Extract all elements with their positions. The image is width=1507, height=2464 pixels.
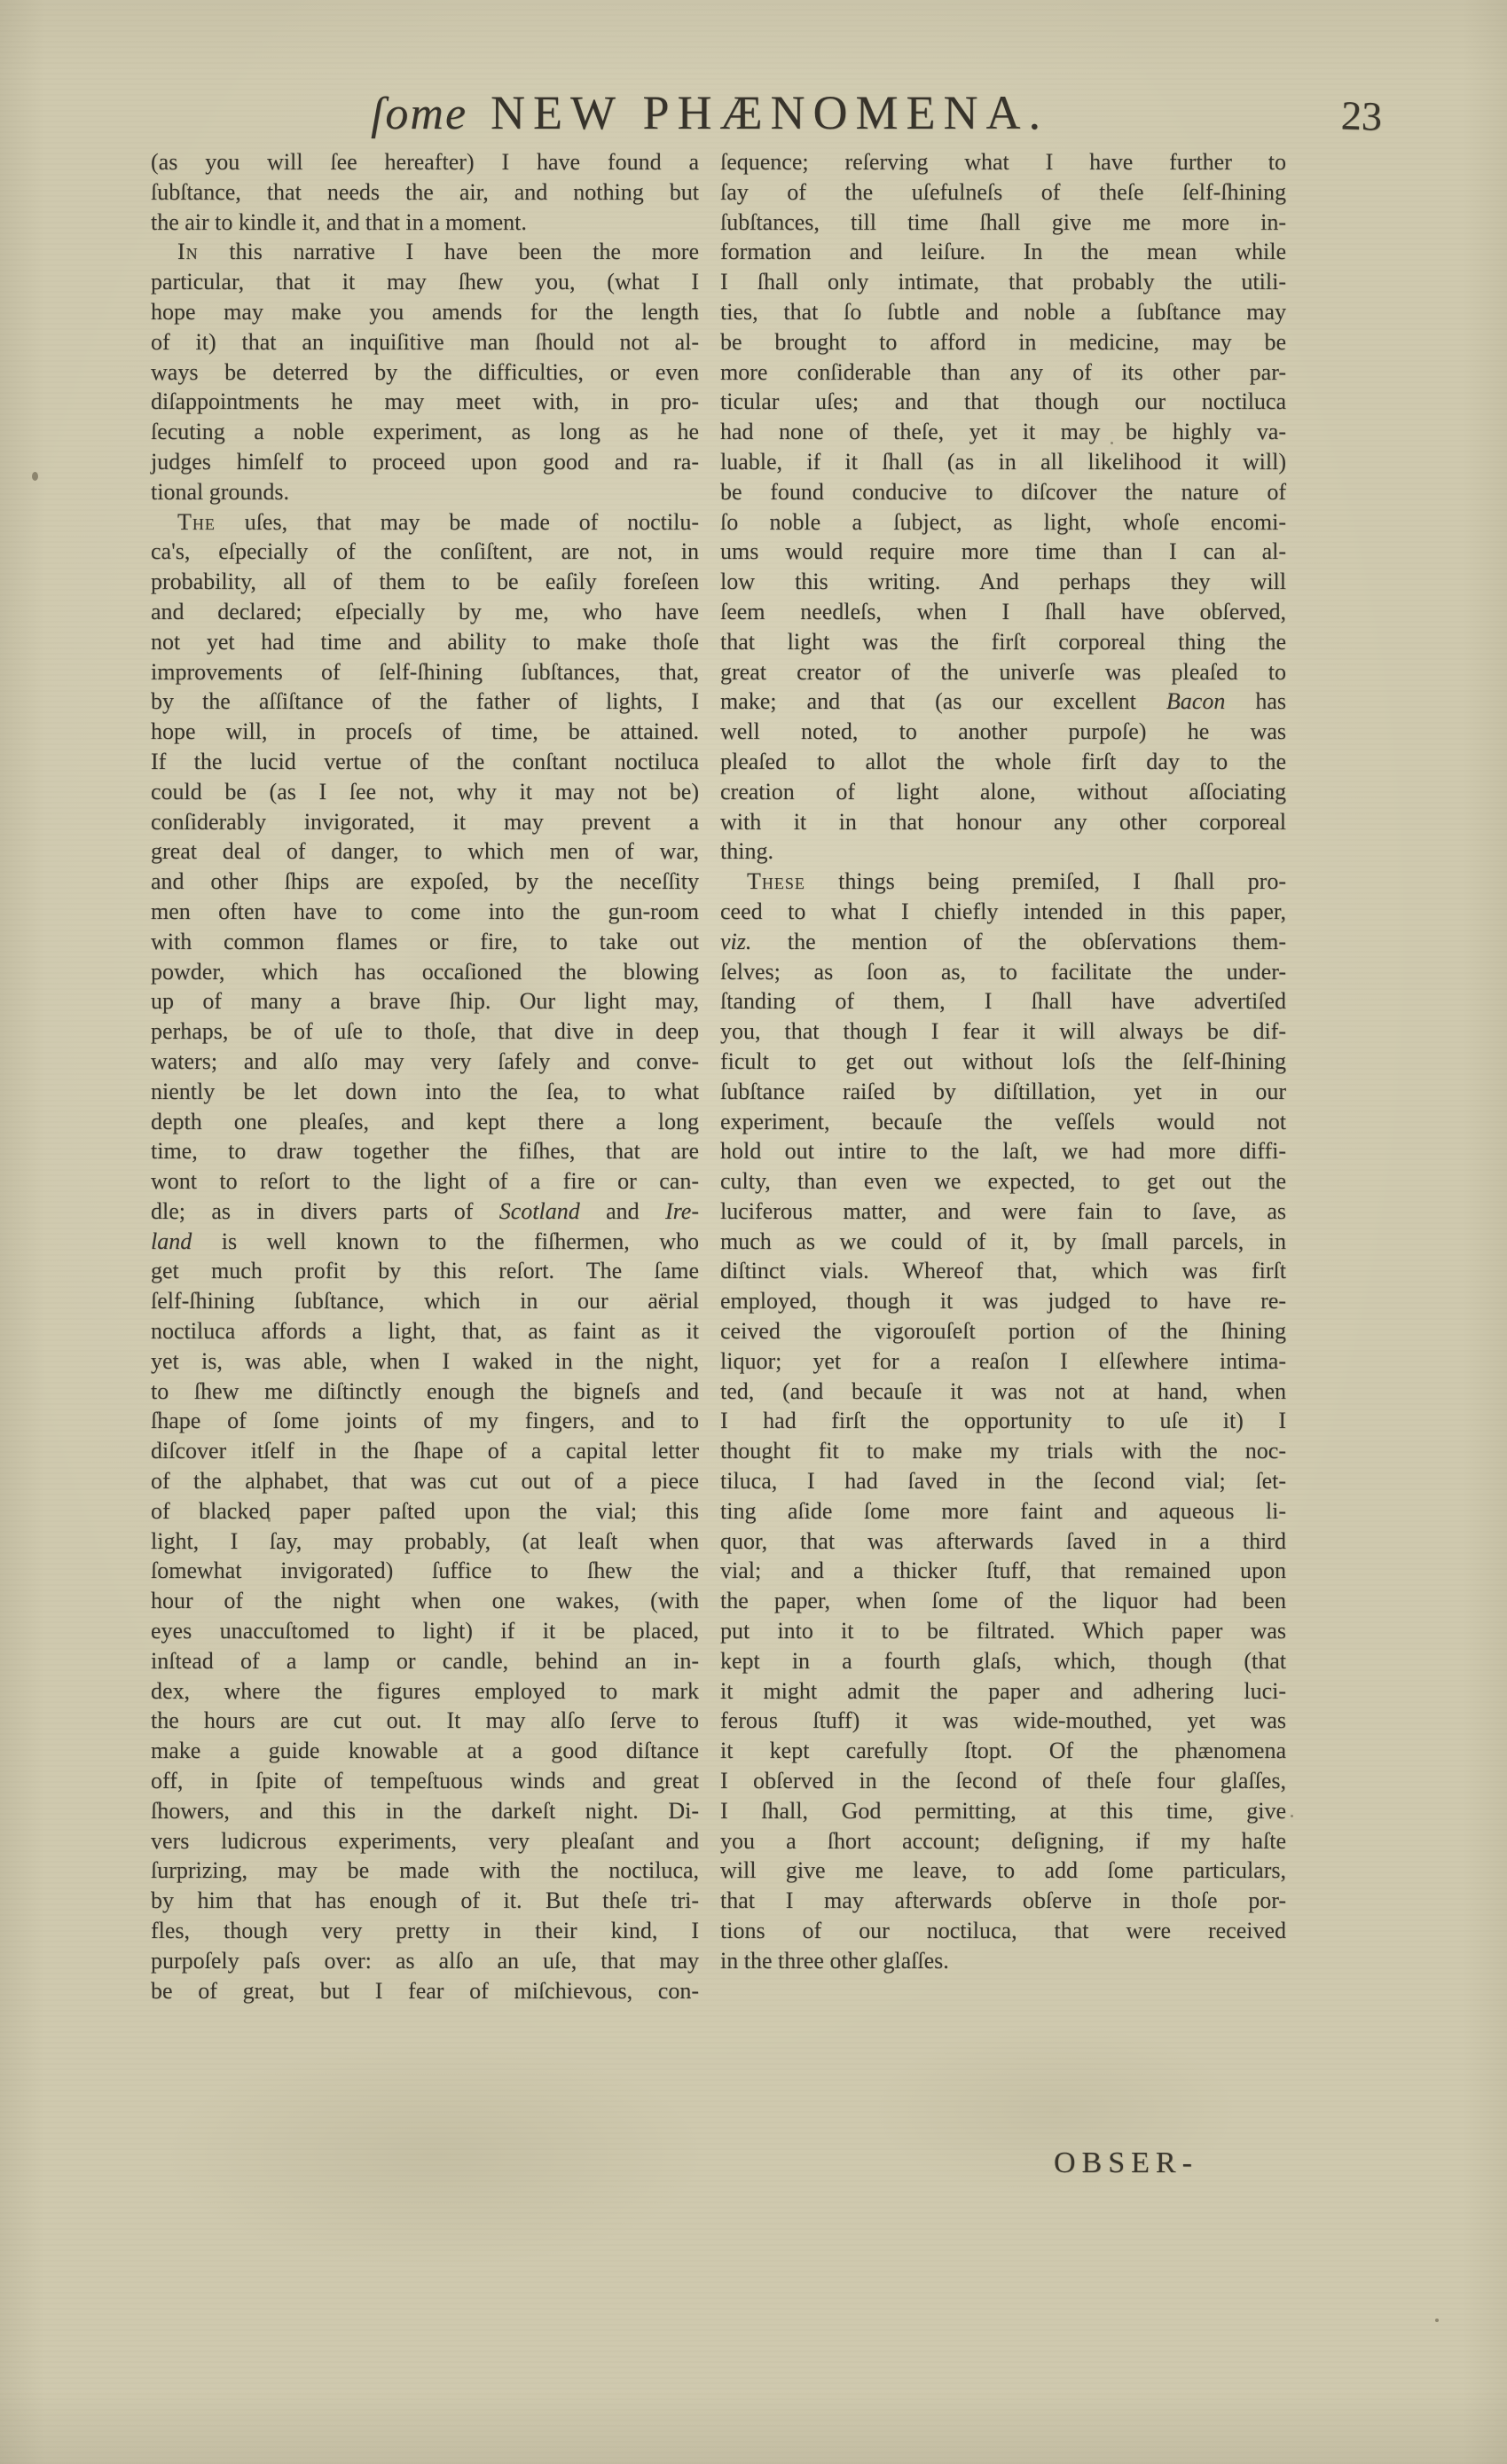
running-head-italic: ſome	[371, 89, 467, 139]
text-line: more conſiderable than any of its other …	[720, 357, 1286, 388]
text-line: and other ſhips are expoſed, by the nece…	[151, 867, 699, 897]
text-line: niently be let down into the ſea, to wha…	[151, 1077, 699, 1107]
text-line: diſtinct vials. Whereof that, which was …	[720, 1256, 1286, 1286]
text-line: ceed to what I chiefly intended in this …	[720, 897, 1286, 927]
text-line: ſhape of ſome joints of my fingers, and …	[151, 1406, 699, 1436]
text-line: be of great, but I fear of miſchievous, …	[151, 1976, 699, 2006]
text-line: ferous ſtuff) it was wide-mouthed, yet w…	[720, 1706, 1286, 1736]
text-line: ſeem needleſs, when I ſhall have obſerve…	[720, 597, 1286, 627]
text-line: viz. the mention of the obſervations the…	[720, 927, 1286, 957]
text-line: dex, where the figures employed to mark	[151, 1676, 699, 1707]
text-line: light, I ſay, may probably, (at leaſt wh…	[151, 1526, 699, 1557]
text-line: If the lucid vertue of the conſtant noct…	[151, 747, 699, 777]
text-line: ting aſide ſome more faint and aqueous l…	[720, 1496, 1286, 1526]
text-line: great deal of danger, to which men of wa…	[151, 836, 699, 867]
text-line: thing.	[720, 836, 1286, 867]
text-line: diſappointments he may meet with, in pro…	[151, 387, 699, 417]
text-line: (as you will ſee hereafter) I have found…	[151, 147, 699, 177]
text-line: These things being premiſed, I ſhall pro…	[720, 867, 1286, 897]
text-line: hour of the night when one wakes, (with	[151, 1586, 699, 1616]
text-line: had none of theſe, yet it may be highly …	[720, 417, 1286, 447]
text-line: ca's, eſpecially of the conſiſtent, are …	[151, 537, 699, 567]
text-line: yet is, was able, when I waked in the ni…	[151, 1346, 699, 1377]
text-line: great creator of the univerſe was pleaſe…	[720, 657, 1286, 687]
text-line: culty, than even we expected, to get out…	[720, 1166, 1286, 1197]
text-line: that light was the firſt corporeal thing…	[720, 627, 1286, 657]
text-line: up of many a brave ſhip. Our light may,	[151, 986, 699, 1016]
text-line: wont to reſort to the light of a fire or…	[151, 1166, 699, 1197]
text-line: ſo noble a ſubject, as light, whoſe enco…	[720, 507, 1286, 538]
text-line: it might admit the paper and adhering lu…	[720, 1676, 1286, 1707]
running-head: ſomeNEW PHÆNOMENA.	[151, 85, 1268, 140]
text-line: be found conducive to diſcover the natur…	[720, 477, 1286, 507]
text-line: employed, though it was judged to have r…	[720, 1286, 1286, 1316]
text-line: ways be deterred by the difficulties, or…	[151, 357, 699, 388]
text-line: and declared; eſpecially by me, who have	[151, 597, 699, 627]
text-line: much as we could of it, by ſmall parcels…	[720, 1227, 1286, 1257]
text-line: In this narrative I have been the more	[151, 237, 699, 267]
text-line: get much profit by this reſort. The ſame	[151, 1256, 699, 1286]
text-line: inſtead of a lamp or candle, behind an i…	[151, 1646, 699, 1676]
text-line: tiluca, I had ſaved in the ſecond vial; …	[720, 1466, 1286, 1496]
text-line: of blacked paper paſted upon the vial; t…	[151, 1496, 699, 1526]
text-line: kept in a fourth glaſs, which, though (t…	[720, 1646, 1286, 1676]
text-line: with common flames or fire, to take out	[151, 927, 699, 957]
text-line: ſay of the uſefulneſs of theſe ſelf-ſhin…	[720, 177, 1286, 208]
text-line: to ſhew me diſtinctly enough the bigneſs…	[151, 1377, 699, 1407]
show-through-smudge	[160, 2040, 710, 2271]
text-line: ticular uſes; and that though our noctil…	[720, 387, 1286, 417]
text-column-right: ſequence; reſerving what I have further …	[720, 147, 1286, 1976]
paper-speck	[1291, 1815, 1293, 1817]
text-line: ſurprizing, may be made with the noctilu…	[151, 1856, 699, 1886]
text-line: I ſhall only intimate, that probably the…	[720, 267, 1286, 297]
text-line: ſequence; reſerving what I have further …	[720, 147, 1286, 177]
text-line: pleaſed to allot the whole firſt day to …	[720, 747, 1286, 777]
text-line: conſiderably invigorated, it may prevent…	[151, 807, 699, 837]
text-line: probability, all of them to be eaſily fo…	[151, 567, 699, 597]
catchword: OBSER-	[1054, 2146, 1198, 2180]
text-line: hold out intire to the laſt, we had more…	[720, 1136, 1286, 1166]
text-line: diſcover itſelf in the ſhape of a capita…	[151, 1436, 699, 1466]
text-line: tions of our noctiluca, that were receiv…	[720, 1916, 1286, 1946]
text-line: it kept carefully ſtopt. Of the phænomen…	[720, 1736, 1286, 1766]
text-line: experiment, becauſe the veſſels would no…	[720, 1107, 1286, 1137]
text-line: liquor; yet for a reaſon I elſewhere int…	[720, 1346, 1286, 1377]
text-line: ſhowers, and this in the darkeſt night. …	[151, 1796, 699, 1826]
paper-speck	[1111, 442, 1113, 444]
text-line: tional grounds.	[151, 477, 699, 507]
text-line: creation of light alone, without aſſocia…	[720, 777, 1286, 807]
text-line: ſubſtances, till time ſhall give me more…	[720, 208, 1286, 238]
text-line: off, in ſpite of tempeſtuous winds and g…	[151, 1766, 699, 1796]
text-line: noctiluca affords a light, that, as fain…	[151, 1316, 699, 1346]
text-line: ſubſtance raiſed by diſtillation, yet in…	[720, 1077, 1286, 1107]
paper-speck	[32, 472, 38, 481]
text-line: ſomewhat invigorated) ſuffice to ſhew th…	[151, 1556, 699, 1586]
text-line: make; and that (as our excellent Bacon h…	[720, 687, 1286, 717]
text-line: with it in that honour any other corpore…	[720, 807, 1286, 837]
text-line: I ſhall, God permitting, at this time, g…	[720, 1796, 1286, 1826]
text-line: will give me leave, to add ſome particul…	[720, 1856, 1286, 1886]
text-line: by the aſſiſtance of the father of light…	[151, 687, 699, 717]
text-line: hope may make you amends for the length	[151, 297, 699, 327]
text-line: men often have to come into the gun-room	[151, 897, 699, 927]
text-line: well noted, to another purpoſe) he was	[720, 717, 1286, 747]
text-line: depth one pleaſes, and kept there a long	[151, 1107, 699, 1137]
text-line: purpoſely paſs over: as alſo an uſe, tha…	[151, 1946, 699, 1976]
text-line: the hours are cut out. It may alſo ſerve…	[151, 1706, 699, 1736]
text-line: of the alphabet, that was cut out of a p…	[151, 1466, 699, 1496]
text-line: the paper, when ſome of the liquor had b…	[720, 1586, 1286, 1616]
text-line: ted, (and becauſe it was not at hand, wh…	[720, 1377, 1286, 1407]
text-line: ſtanding of them, I ſhall have advertiſe…	[720, 986, 1286, 1016]
text-line: judges himſelf to proceed upon good and …	[151, 447, 699, 477]
text-line: vers ludicrous experiments, very pleaſan…	[151, 1826, 699, 1856]
text-line: ceived the vigorouſeſt portion of the ſh…	[720, 1316, 1286, 1346]
text-line: The uſes, that may be made of noctilu-	[151, 507, 699, 538]
text-line: low this writing. And perhaps they will	[720, 567, 1286, 597]
paper-speck	[1435, 2319, 1439, 2322]
text-line: be brought to afford in medicine, may be	[720, 327, 1286, 357]
text-line: by him that has enough of it. But theſe …	[151, 1886, 699, 1916]
text-line: formation and leiſure. In the mean while	[720, 237, 1286, 267]
text-column-left: (as you will ſee hereafter) I have found…	[151, 147, 699, 2005]
text-line: ties, that ſo ſubtle and noble a ſubſtan…	[720, 297, 1286, 327]
text-line: luable, if it ſhall (as in all likelihoo…	[720, 447, 1286, 477]
text-line: quor, that was afterwards ſaved in a thi…	[720, 1526, 1286, 1557]
text-line: not yet had time and ability to make tho…	[151, 627, 699, 657]
text-line: particular, that it may ſhew you, (what …	[151, 267, 699, 297]
text-line: luciferous matter, and were fain to ſave…	[720, 1197, 1286, 1227]
text-line: you, that though I fear it will always b…	[720, 1016, 1286, 1047]
text-line: time, to draw together the fiſhes, that …	[151, 1136, 699, 1166]
text-line: ſecuting a noble experiment, as long as …	[151, 417, 699, 447]
text-line: vial; and a thicker ſtuff, that remained…	[720, 1556, 1286, 1586]
paper-speck	[268, 1518, 271, 1522]
text-line: powder, which has occaſioned the blowing	[151, 957, 699, 987]
text-line: I had firſt the opportunity to uſe it) I	[720, 1406, 1286, 1436]
text-line: land is well known to the fiſhermen, who	[151, 1227, 699, 1257]
text-line: ums would require more time than I can a…	[720, 537, 1286, 567]
text-line: put into it to be filtrated. Which paper…	[720, 1616, 1286, 1646]
text-line: in the three other glaſſes.	[720, 1946, 1286, 1976]
text-line: fles, though very pretty in their kind, …	[151, 1916, 699, 1946]
text-line: eyes unaccuſtomed to light) if it be pla…	[151, 1616, 699, 1646]
text-line: ſelf-ſhining ſubſtance, which in our aër…	[151, 1286, 699, 1316]
text-line: ficult to get out without loſs the ſelf-…	[720, 1047, 1286, 1077]
text-line: improvements of ſelf-ſhining ſubſtances,…	[151, 657, 699, 687]
text-line: of it) that an inquiſitive man ſhould no…	[151, 327, 699, 357]
text-line: could be (as I ſee not, why it may not b…	[151, 777, 699, 807]
text-line: thought fit to make my trials with the n…	[720, 1436, 1286, 1466]
text-line: that I may afterwards obſerve in thoſe p…	[720, 1886, 1286, 1916]
text-line: dle; as in divers parts of Scotland and …	[151, 1197, 699, 1227]
running-head-caps: NEW PHÆNOMENA.	[491, 86, 1048, 139]
scanned-book-page: ſomeNEW PHÆNOMENA. 23 (as you will ſee h…	[0, 0, 1507, 2464]
page-number: 23	[1340, 91, 1383, 140]
text-line: you a ſhort account; deſigning, if my ha…	[720, 1826, 1286, 1856]
text-line: ſubſtance, that needs the air, and nothi…	[151, 177, 699, 208]
text-line: waters; and alſo may very ſafely and con…	[151, 1047, 699, 1077]
text-line: the air to kindle it, and that in a mome…	[151, 208, 699, 238]
text-line: perhaps, be of uſe to thoſe, that dive i…	[151, 1016, 699, 1047]
text-line: hope will, in proceſs of time, be attain…	[151, 717, 699, 747]
text-line: ſelves; as ſoon as, to facilitate the un…	[720, 957, 1286, 987]
text-line: I obſerved in the ſecond of theſe four g…	[720, 1766, 1286, 1796]
text-line: make a guide knowable at a good diſtance	[151, 1736, 699, 1766]
